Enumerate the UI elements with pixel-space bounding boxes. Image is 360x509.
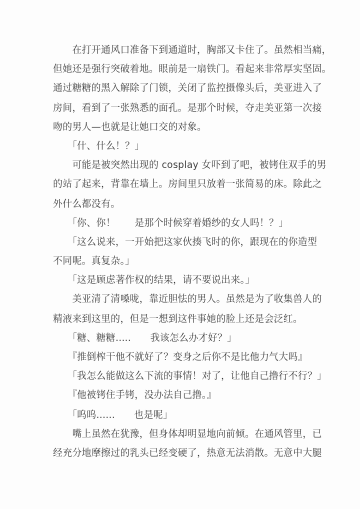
- text-line: 可能是被突然出现的 cosplay 女吓到了吧，被铐住双手的男: [53, 156, 315, 175]
- text-line: 「这是顾虑著作权的结果，请不要说出来。」: [53, 271, 315, 290]
- text-line: 「什、什么！？」: [53, 137, 315, 156]
- text-line: 「你、你！ 是那个时候穿着婚纱的女人吗！？」: [53, 214, 315, 233]
- text-line: 「糖、糖糖..... 我该怎么办才好？」: [53, 329, 315, 348]
- text-line: 经充分地摩擦过的乳头已经变硬了，热意无法消散。无意中大腿: [53, 444, 315, 463]
- text-line: 但她还是强行突破着地。眼前是一扇铁门。看起来非常厚实坚固。: [53, 60, 315, 79]
- text-line: 美亚清了清嗓咙，靠近胆怯的男人。虽然是为了收集兽人的: [53, 290, 315, 309]
- novel-text-block: 在打开通风口准备下到通道时，胸部又卡住了。虽然相当痛， 但她还是强行突破着地。眼…: [53, 41, 315, 463]
- text-line: 『他被铐住手铐，没办法自己撸。』: [53, 386, 315, 405]
- text-line: 房间，看到了一张熟悉的面孔。是那个时候，夺走美亚第一次接: [53, 99, 315, 118]
- text-line: 外什么都没有。: [53, 195, 315, 214]
- text-line: 「这么说来，一开始把这家伙揍飞时的你，跟现在的你造型: [53, 233, 315, 252]
- text-line: 在打开通风口准备下到通道时，胸部又卡住了。虽然相当痛，: [53, 41, 315, 60]
- text-line: 的站了起来，背靠在墙上。房间里只放着一张简易的床。除此之: [53, 175, 315, 194]
- text-line: 『推倒榨干他不就好了？变身之后你不是比他力气大吗』: [53, 348, 315, 367]
- text-line: 嘴上虽然在犹豫，但身体却明显地向前倾。在通风管里，已: [53, 425, 315, 444]
- text-line: 「呜呜...... 也是呢」: [53, 406, 315, 425]
- text-line: 精液来到这里的，但是一想到这件事她的脸上还是会泛红。: [53, 310, 315, 329]
- text-line: 吻的男人—也就是让她口交的对象。: [53, 118, 315, 137]
- text-line: 通过糖糖的黑入解除了门锁，关闭了监控摄像头后，美亚进入了: [53, 79, 315, 98]
- text-line: 不同呢。真复杂。」: [53, 252, 315, 271]
- text-line: 「我怎么能做这么下流的事情！对了，让他自己撸行不行？」: [53, 367, 315, 386]
- reader-page: 在打开通风口准备下到通道时，胸部又卡住了。虽然相当痛， 但她还是强行突破着地。眼…: [0, 0, 360, 509]
